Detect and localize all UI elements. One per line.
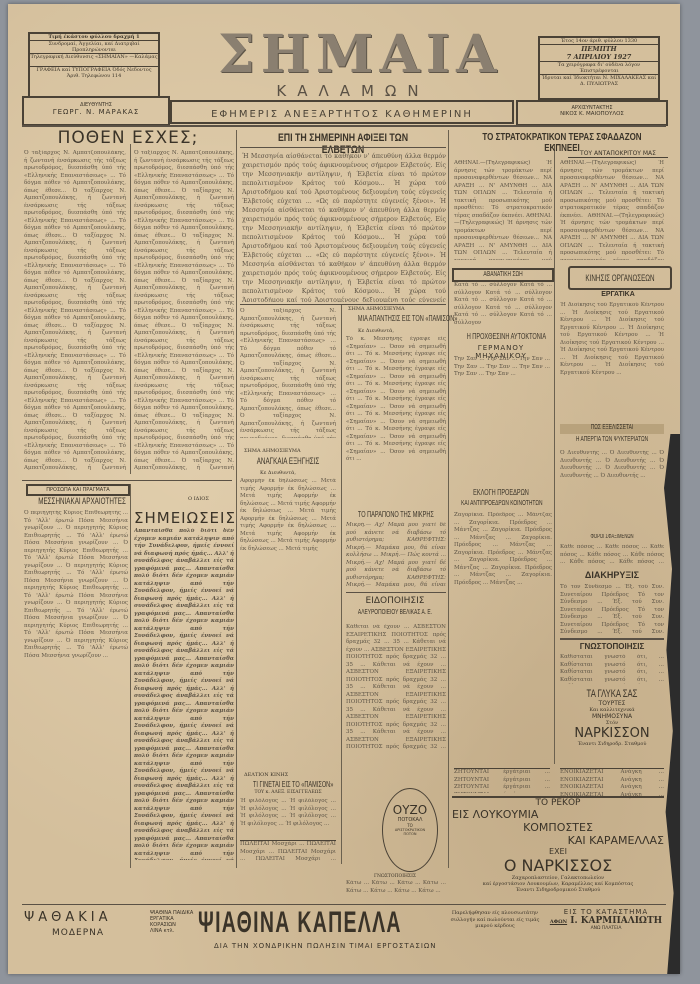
section-rule: [22, 480, 232, 481]
price-line: Τιμή έκάστου φύλλου δραχμή 1: [30, 34, 158, 41]
column-rule: [448, 130, 449, 868]
ad-address: Έναντι Σιδηροδρ. Σταθμού: [560, 741, 664, 747]
section-box: ΑΘΑΝΑΤΙΚΗ ΣΩΗ: [452, 268, 554, 282]
article-subtitle: Η ΑΠΕΡΓΙΑ ΤΩΝ ΨΥΚΤΕΡΙΑΤΩΝ: [576, 436, 649, 443]
ad-shop-name: Ο ΝΑΡΚΙΣΣΟΣ: [452, 856, 664, 875]
kicker-box: ΠΡΟΣΩΠΑ ΚΑΙ ΠΡΑΓΜΑΤΑ: [26, 484, 130, 496]
article-body: Τό τον Σύνδεσμο ... Έξ. τού Συν. Συνεταί…: [560, 584, 664, 634]
ad-middle-text: Παρελήφθησαν είς πλουσιωτάτην συλλογήν κ…: [450, 910, 540, 930]
issue-line: Έτος 14ον άριθ. φύλλου 1330: [540, 38, 658, 45]
ad-line: ΤΟ ΡΕΚΟΡ: [452, 798, 664, 808]
column-rule: [130, 484, 131, 868]
article-body: Κάθεται νά έχουν ... ΑΣΒΕΣΤΟΝ ΕΞΑΙΡΕΤΙΚΗ…: [346, 624, 446, 750]
article-title: ΑΘΑΝΑΤΙΚΗ ΣΩΗ: [469, 270, 538, 280]
article-title: ΠΩΣ ΕΞΕΛΙΣΣΕΤΑΙ: [576, 424, 649, 431]
ad-shop-name: Ι. ΚΑΡΜΠΑΛΙΩΤΗ: [570, 916, 662, 926]
article-body: ΑΘΗΝΑΙ.—(Τηλεγραφικώς) Ή άρνησις τών τρο…: [454, 160, 552, 260]
footer-rule: [22, 904, 666, 905]
torn-edge: [664, 434, 680, 974]
article-body: Τό κ. Μεσσήνης έγραψε είς «Σημαίαν» ... …: [346, 336, 446, 506]
article-title: ΕΚΛΟΓΗ ΠΡΟΕΔΡΩΝ: [467, 488, 536, 497]
article-title: ΜΕΣΣΗΝΙΑΚΑΙ ΑΡΧΑΙΟΤΗΤΕΣ: [38, 496, 114, 506]
column-rule: [554, 144, 555, 764]
article-body: Κατά τό ... σύλλογον Κατά τό ... σύλλογο…: [454, 282, 552, 328]
article-kicker: ΔΕΛΤΙΟΝ ΚΙΝΗΣ: [244, 772, 288, 778]
ad-list: ΨΙΑΘΙΝΑ ΠΑΙΔΙΚΑ ΕΡΓΑΤΙΚΑ ΚΟΡΑΣΙΩΝ ΛΙΝΑ κ…: [150, 910, 193, 934]
article-body: Ό Διευθυντής ... Ό Διευθυντής ... Ό Διευ…: [560, 450, 664, 534]
article-body: Κάθε πόσος ... Κάθε πόσος ... Κάθε πόσος…: [560, 544, 664, 566]
article-title: ΤΟ ΠΑΡΑΠΟΝΟ ΤΗΣ ΜΙΚΡΗΣ: [358, 510, 432, 519]
article-byline: ΤΟΥ ΑΝΤΑΠΟΚΡΙΤΟΥ ΜΑΣ: [568, 150, 668, 158]
masthead-subtitle: ΚΑΛΑΜΩΝ: [248, 82, 458, 100]
ad-line: ΕΙΣ ΛΟΥΚΟΥΜΙΑ: [452, 808, 664, 821]
article-title: ΤΙ ΓΙΝΕΤΑΙ ΕΙΣ ΤΟ «ΠΑΜΙΣΟΝ»: [253, 780, 323, 789]
section-rule: [346, 592, 446, 593]
article-salutation: Κε Διευθυντά,: [260, 470, 296, 476]
rent-notice: ΕΝΟΙΚΙΑΖΕΤΑΙ Ανάγκη ... ΕΝΟΙΚΙΑΖΕΤΑΙ Ανά…: [560, 768, 664, 799]
article-title: ΕΙΔΟΠΟΙΗΣΙΣ: [342, 596, 448, 606]
editor-box: ΑΡΧΙΣΥΝΤΑΚΤΗΣ ΝΙΚΟΣ Κ. ΜΑΙΟΠΟΥΛΟΣ: [516, 100, 668, 126]
article-body: Μικρή.— Αχ! Μαμά μου γιατί δέ μού κάνετε…: [346, 522, 446, 588]
masthead-info-box-left: Τιμή έκάστου φύλλου δραχμή 1 Συνδρομαί, …: [28, 32, 160, 98]
article-body: Αφορμήν έκ δηλώσεως ... Μετά τιμής Αφορμ…: [240, 478, 336, 768]
article-kicker: ΣΗΜΑ ΔΗΜΟΣΙΕΥΜΑ: [348, 306, 405, 312]
article-title: ΑΝΑΓΚΑΙΑ ΕΞΗΓΗΣΙΣ: [253, 456, 323, 466]
article-salutation: Κε Διευθυντά,: [358, 328, 394, 334]
telegraph-line: Τηλεγραφική Διεύθυνσις «ΣΗΜΑΙΑΝ» —Καλάμα…: [30, 54, 158, 67]
ad-shop-prefix: ΑΦΩΝ: [550, 919, 567, 925]
editor-name: ΝΙΚΟΣ Κ. ΜΑΙΟΠΟΥΛΟΣ: [518, 111, 666, 117]
ads-line: Συνδρομαί, Άγγελίαι, καί Διατριβαί Προπλ…: [30, 41, 158, 54]
article-body: Απανταίσθα πολύ διότι δέν έχομεν καμιάν …: [134, 528, 234, 860]
founders-line: Ίδρυται καί Ίδιοκτήται Ν. ΜΙΧΑΛΑΚΕΑΣ καί…: [540, 75, 658, 87]
ad-title: ΤΑ ΓΛΥΚΑ ΣΑΣ: [576, 688, 649, 700]
issue-day: ΠΕΜΠΤΗ: [540, 45, 658, 53]
article-title: ΓΝΩΣΤΟΠΟΙΗΣΙΣ: [560, 642, 664, 651]
column-rule: [236, 130, 237, 868]
newspaper-page: Τιμή έκάστου φύλλου δραχμή 1 Συνδρομαί, …: [8, 4, 680, 974]
section-rule: [240, 304, 446, 305]
ad-ouzo: ΟΥΖΟ ΠΟΤΟΚΑΛ ΤΟ ΑΡΙΣΤΟΚΡΑΤΙΚΟΝ ΠΟΤΟΝ: [382, 788, 438, 872]
ad-desc: Έναντι Σιδηροδρομικού Σταθμού: [452, 887, 664, 893]
masthead-info-box-right: Έτος 14ον άριθ. φύλλου 1330 ΠΕΜΠΤΗ 7 ΑΠΡ…: [538, 36, 660, 100]
article-title: ΓΝΩΣΤΟΠΟΙΗΣΙΣ: [342, 874, 448, 879]
ad-line: ΠΟΤΟΝ: [383, 832, 437, 836]
ad-line: ΕΧΕΙ: [452, 847, 664, 856]
masthead-title: ΣΗΜΑΙΑ: [218, 24, 478, 85]
ad-shop-place: ΑΝΩ ΠΛΑΤΕΙΑ: [546, 926, 666, 931]
ad-sweets: ΤΑ ΓΛΥΚΑ ΣΑΣ ΤΟΥΡΤΕΣ Και καλλιτεχνικά ΜΝ…: [560, 688, 664, 747]
column-rule: [341, 304, 342, 864]
ad-line: ΤΟΥΡΤΕΣ: [560, 700, 664, 707]
section-rule: [560, 638, 664, 640]
sale-notice: ΠΩΛΕΙΤΑΙ Μοσχάρι ... ΠΩΛΕΙΤΑΙ Μοσχάρι ..…: [240, 840, 336, 861]
masthead-tagline: ΕΦΗΜΕΡΙΣ ΑΝΕΞΑΡΤΗΤΟΣ ΚΑΘΗΜΕΡΙΝΗ: [211, 109, 473, 120]
article-subtitle: ΤΟΥ κ. ΑΛΕΞ. ΕΙΣΑΓΓΕΛΕΩΣ: [238, 790, 338, 795]
section-box: ΚΙΝΗΣΙΣ ΟΡΓΑΝΩΣΕΩΝ: [568, 266, 672, 290]
ad-shop: ΕΙΣ ΤΟ ΚΑΤΑΣΤΗΜΑ ΑΦΩΝ Ι. ΚΑΡΜΠΑΛΙΩΤΗ ΑΝΩ…: [546, 908, 666, 931]
tagline-box: ΕΦΗΜΕΡΙΣ ΑΝΕΞΑΡΤΗΤΟΣ ΚΑΘΗΜΕΡΙΝΗ: [170, 100, 514, 124]
ad-line: ΚΑΙ ΚΑΡΑΜΕΛΛΑΣ: [452, 834, 664, 847]
title-rule: [240, 147, 446, 148]
article-kicker: ΣΗΜΑ ΔΗΜΟΣΙΕΥΜΑ: [244, 448, 301, 454]
ad-list-item: ΛΙΝΑ κτλ.: [150, 928, 193, 934]
ad-main-headline: ΨΙΑΘΙΝΑ ΚΑΠΕΛΛΑ: [198, 906, 402, 940]
ad-straw-hats: ΨΑΘΑΚΙΑ ΜΟΔΕΡΝΑ ΨΙΑΘΙΝΑ ΠΑΙΔΙΚΑ ΕΡΓΑΤΙΚΑ…: [22, 908, 666, 968]
ad-line: ΜΝΗΜΟΣΥΝΑ: [560, 713, 664, 720]
article-subtitle: ΑΛΕΥΡΟΠΟΙΕΙΟΥ ΒΕΛΙΚΑΣ Α. Ε.: [355, 609, 435, 616]
ad-left-subtitle: ΜΟΔΕΡΝΑ: [52, 928, 104, 938]
ad-left-title: ΨΑΘΑΚΙΑ: [24, 910, 112, 925]
article-kicker: ΠΡΟΣΩΠΑ ΚΑΙ ΠΡΑΓΜΑΤΑ: [28, 486, 128, 494]
ad-narkissos: ΤΟ ΡΕΚΟΡ ΕΙΣ ΛΟΥΚΟΥΜΙΑ ΚΟΜΠΟΣΤΕΣ ΚΑΙ ΚΑΡ…: [452, 796, 664, 893]
article-body: Ό ταξίαρχος Ν. Αμπατζοπουλάκης, ή ζωνταν…: [24, 150, 126, 470]
issue-date: 7 ΑΠΡΙΛΙΟΥ 1927: [540, 53, 658, 62]
ad-shop-line: ΕΙΣ ΤΟ ΚΑΤΑΣΤΗΜΑ: [546, 908, 666, 916]
article-signature: Ο ΙΔΙΟΣ: [188, 496, 209, 502]
article-body: Ή φιλόλογος ... Ή φιλόλογος ... Ή φιλόλο…: [240, 798, 336, 838]
article-body: Καθίσταται γνωστό ότι, ... Καθίσταται γν…: [560, 654, 664, 684]
article-body-continued: Ό ταξίαρχος Ν. Αμπατζοπουλάκης, ή ζωνταν…: [240, 308, 336, 438]
masthead-rule: [22, 125, 666, 127]
article-body: Ή Διοίκησις τού Εργατικού Κέντρου ... Ή …: [560, 302, 664, 422]
article-body: Ό περιηγητής Κύριος Επιθεωρητής ... Τό '…: [24, 510, 128, 860]
article-subtitle: ΚΑΙ ΑΝΤΙΠΡΟΕΔΡΩΝ ΚΟΙΝΟΤΗΤΩΝ: [461, 500, 541, 507]
article-body: Κάτω ... Κάτω ... Κάτω ... Κάτω ... Κάτω…: [346, 880, 446, 894]
ad-main-subline: ΔΙΑ ΤΗΝ ΧΟΝΔΡΙΚΗΝ ΠΩΛΗΣΙΝ ΤΙΜΑΙ ΕΡΓΟΣΤΑΣ…: [214, 942, 436, 950]
article-title: ΠΟΘΕΝ ΕΣΧΕΣ;: [22, 128, 234, 148]
article-title: ΚΙΝΗΣΙΣ ΟΡΓΑΝΩΣΕΩΝ: [585, 268, 655, 288]
offices-line: ΓΡΑΦΕΙΑ καί ΤΥΠΟΓΡΑΦΕΙΑ Όδός Νεδοντος Άρ…: [30, 67, 158, 85]
article-title: ΜΙΑ ΑΠΑΝΤΗΣΙΣ ΕΙΣ ΤΟΝ «ΠΑΜΙΣΟΝ»: [358, 314, 432, 323]
article-body-continued: Ό ταξίαρχος Ν. Αμπατζοπουλάκης, ή ζωνταν…: [134, 150, 234, 470]
article-body: Ζαγορίκια. Πρόεδρος ... Μάντζας ... Ζαγο…: [454, 512, 552, 762]
manuscripts-note: Τα χειρόγραφα δι' ούδένα λόγον Έπιστρέφο…: [540, 62, 658, 75]
director-name: ΓΕΩΡΓ. Ν. ΜΑΡΑΚΑΣ: [24, 108, 168, 116]
article-body: Την Σαν ... Την Σαν ... Την Σαν ... Την …: [454, 356, 550, 476]
article-body-continued: ΑΘΗΝΑΙ.—(Τηλεγραφικώς) Ή άρνησις τών τρο…: [560, 160, 664, 260]
article-title: ΦΟΡΟΙ ΣΦΑΞΙΜΕΝΩΝ: [576, 534, 649, 540]
article-potheN-esxes: ΠΟΘΕΝ ΕΣΧΕΣ;: [22, 128, 234, 148]
ad-shop-name: ΝΑΡΚΙΣΣΟΝ: [560, 726, 664, 741]
ad-title: ΟΥΖΟ: [383, 803, 437, 817]
article-body: Ή Μεσσηνία αίσθάνεται τό καθήκον ν' άπευ…: [242, 152, 446, 302]
director-box: ΔΙΕΥΘΥΝΤΗΣ ΓΕΩΡΓ. Ν. ΜΑΡΑΚΑΣ: [22, 96, 170, 126]
article-title: ΣΗΜΕΙΩΣΕΙΣ: [134, 509, 234, 527]
article-subtitle: ΕΡΓΑΤΙΚΑ: [568, 291, 668, 298]
column-rule: [130, 144, 131, 474]
wanted-notice: ΖΗΤΟΥΝΤΑΙ έργάτριαι ... ΖΗΤΟΥΝΤΑΙ έργάτρ…: [454, 768, 550, 793]
ad-line: ΚΟΜΠΟΣΤΕΣ: [452, 821, 664, 834]
article-title: ΔΙΑΚΗΡΥΞΙΣ: [560, 570, 664, 580]
article-title: Η ΠΡΟΧΘΕΣΙΝΗ ΑΥΤΟΚΤΟΝΙΑ: [467, 332, 536, 341]
